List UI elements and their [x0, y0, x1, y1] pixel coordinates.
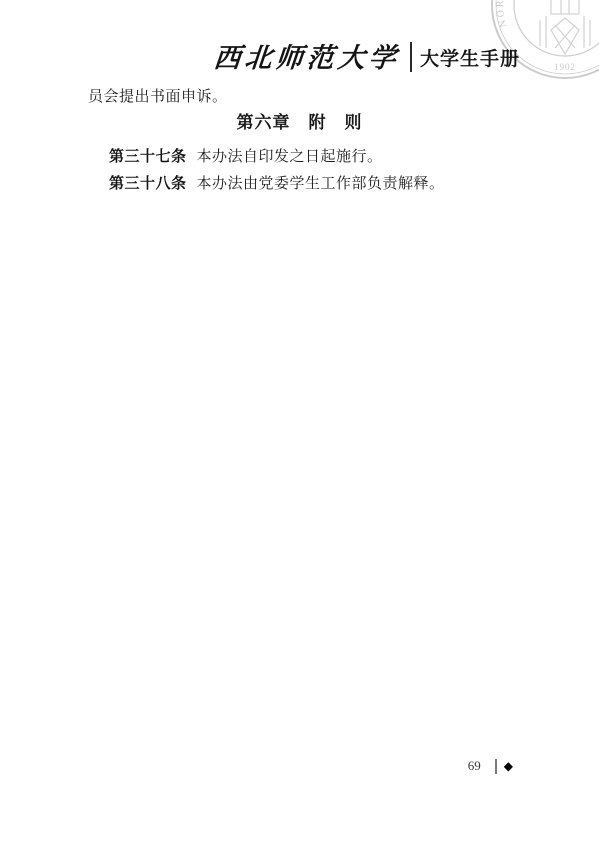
article-37: 第三十七条本办法自印发之日起施行。: [109, 145, 383, 166]
handbook-page: NORTHWEST NORMAL UNIVERSITY 1902 西北师范大学 …: [0, 0, 599, 847]
diamond-icon: ◆: [504, 760, 513, 772]
seal-year: 1902: [554, 62, 576, 72]
page-footer: 69 ◆: [468, 758, 513, 774]
university-name-calligraphy: 西北师范大学: [212, 36, 401, 75]
continuation-text: 员会提出书面申诉。: [88, 85, 228, 106]
page-header: 西北师范大学 大学生手册: [214, 36, 520, 75]
article-38-label: 第三十八条: [109, 176, 187, 192]
footer-divider-bar: [495, 759, 497, 774]
article-38-text: 本办法由党委学生工作部负责解释。: [197, 176, 445, 192]
article-37-text: 本办法自印发之日起施行。: [197, 149, 383, 165]
article-38: 第三十八条本办法由党委学生工作部负责解释。: [109, 172, 445, 193]
article-37-label: 第三十七条: [109, 149, 187, 165]
handbook-title: 大学生手册: [420, 44, 520, 71]
seal-emblem-tower: [540, 0, 590, 54]
page-number: 69: [468, 758, 481, 774]
header-divider-bar: [410, 42, 412, 72]
seal-ring-text: NORTHWEST NORMAL UNIVERSITY: [495, 0, 599, 29]
chapter-heading: 第六章 附 则: [0, 108, 599, 133]
